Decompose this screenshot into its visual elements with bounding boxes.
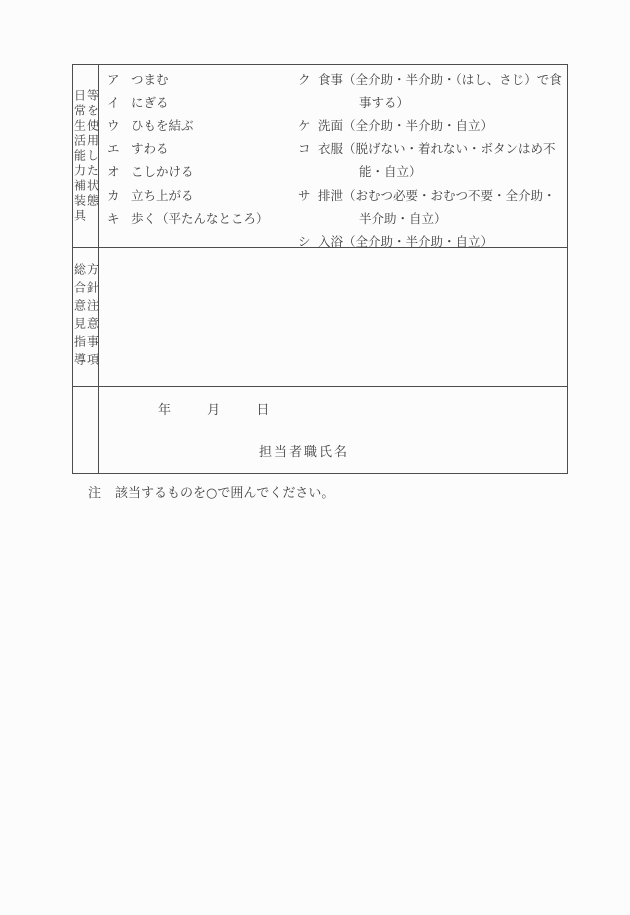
item-ka-text: 立ち上がる — [131, 186, 194, 204]
item-ku-text: 食事（全介助・半介助・（はし、さじ）で食 — [318, 70, 562, 88]
assessment-table: 日常生活能力補装具 等を使用した状態 ア つまむ イ にぎる ウ ひもを結ぶ — [72, 64, 568, 474]
item-ka-kana: カ — [107, 186, 131, 204]
footnote-text: 該当するものを○で囲んでください。 — [115, 486, 334, 501]
item-o: オ こしかける — [107, 160, 269, 183]
item-ki-kana: キ — [107, 209, 131, 227]
item-e-kana: エ — [107, 139, 131, 157]
opinion-label-cell: 総合意見指導 方針注意事項 — [73, 248, 99, 386]
item-i-text: にぎる — [131, 93, 169, 111]
item-sa: サ 排泄（おむつ必要・おむつ不要・全介助・ — [298, 183, 562, 206]
item-a-text: つまむ — [131, 70, 169, 88]
signature-label-cell — [73, 387, 99, 473]
item-a-kana: ア — [107, 70, 131, 88]
item-a: ア つまむ — [107, 67, 269, 90]
item-sa-wrap-text: 半介助・自立） — [359, 209, 447, 227]
date-month-label: 月 — [207, 403, 220, 418]
opinion-label: 総合意見指導 方針注意事項 — [73, 263, 99, 371]
signature-content: 年 月 日 担当者職氏名 — [99, 387, 567, 473]
item-ki-text: 歩く（平たんなところ） — [131, 209, 269, 227]
opinion-content — [99, 248, 567, 386]
opinion-row: 総合意見指導 方針注意事項 — [73, 248, 567, 387]
item-ke: ケ 洗面（全介助・半介助・自立） — [298, 113, 562, 136]
item-u-text: ひもを結ぶ — [131, 116, 194, 134]
item-ku-wrap-text: 事する） — [359, 93, 409, 111]
daily-life-label-cell: 日常生活能力補装具 等を使用した状態 — [73, 65, 99, 247]
daily-life-row: 日常生活能力補装具 等を使用した状態 ア つまむ イ にぎる ウ ひもを結ぶ — [73, 65, 567, 248]
item-ko: コ 衣服（脱げない・着れない・ボタンはめ不 — [298, 137, 562, 160]
item-ka: カ 立ち上がる — [107, 183, 269, 206]
item-column-left: ア つまむ イ にぎる ウ ひもを結ぶ エ すわる — [107, 67, 269, 229]
item-sa-text: 排泄（おむつ必要・おむつ不要・全介助・ — [318, 186, 556, 204]
item-ki: キ 歩く（平たんなところ） — [107, 206, 269, 229]
item-u-kana: ウ — [107, 116, 131, 134]
signature-row: 年 月 日 担当者職氏名 — [73, 387, 567, 473]
item-sa-kana: サ — [298, 186, 318, 204]
item-ku-kana: ク — [298, 70, 318, 88]
signer-label: 担当者職氏名 — [259, 441, 349, 460]
item-i: イ にぎる — [107, 90, 269, 113]
item-ke-kana: ケ — [298, 116, 318, 134]
item-ko-text: 衣服（脱げない・着れない・ボタンはめ不 — [318, 139, 556, 157]
footnote: 注該当するものを○で囲んでください。 — [88, 482, 334, 501]
daily-life-content: ア つまむ イ にぎる ウ ひもを結ぶ エ すわる — [99, 65, 567, 247]
item-i-kana: イ — [107, 93, 131, 111]
item-ko-wrap-text: 能・自立） — [359, 162, 422, 180]
scanned-form-page: 日常生活能力補装具 等を使用した状態 ア つまむ イ にぎる ウ ひもを結ぶ — [0, 0, 630, 915]
date-day-label: 日 — [256, 403, 269, 418]
date-year-label: 年 — [158, 403, 171, 418]
item-sa-wrap: 半介助・自立） — [298, 206, 562, 229]
item-e: エ すわる — [107, 137, 269, 160]
date-line: 年 月 日 — [158, 399, 269, 418]
item-ko-kana: コ — [298, 139, 318, 157]
item-o-kana: オ — [107, 162, 131, 180]
item-u: ウ ひもを結ぶ — [107, 113, 269, 136]
item-e-text: すわる — [131, 139, 169, 157]
item-ko-wrap: 能・自立） — [298, 160, 562, 183]
item-column-right: ク 食事（全介助・半介助・（はし、さじ）で食 事する） ケ 洗面（全介助・半介助… — [298, 67, 562, 253]
item-ke-text: 洗面（全介助・半介助・自立） — [318, 116, 493, 134]
footnote-marker: 注 — [88, 486, 101, 501]
daily-life-label: 日常生活能力補装具 等を使用した状態 — [73, 89, 99, 224]
item-ku: ク 食事（全介助・半介助・（はし、さじ）で食 — [298, 67, 562, 90]
item-o-text: こしかける — [131, 162, 194, 180]
item-ku-wrap: 事する） — [298, 90, 562, 113]
